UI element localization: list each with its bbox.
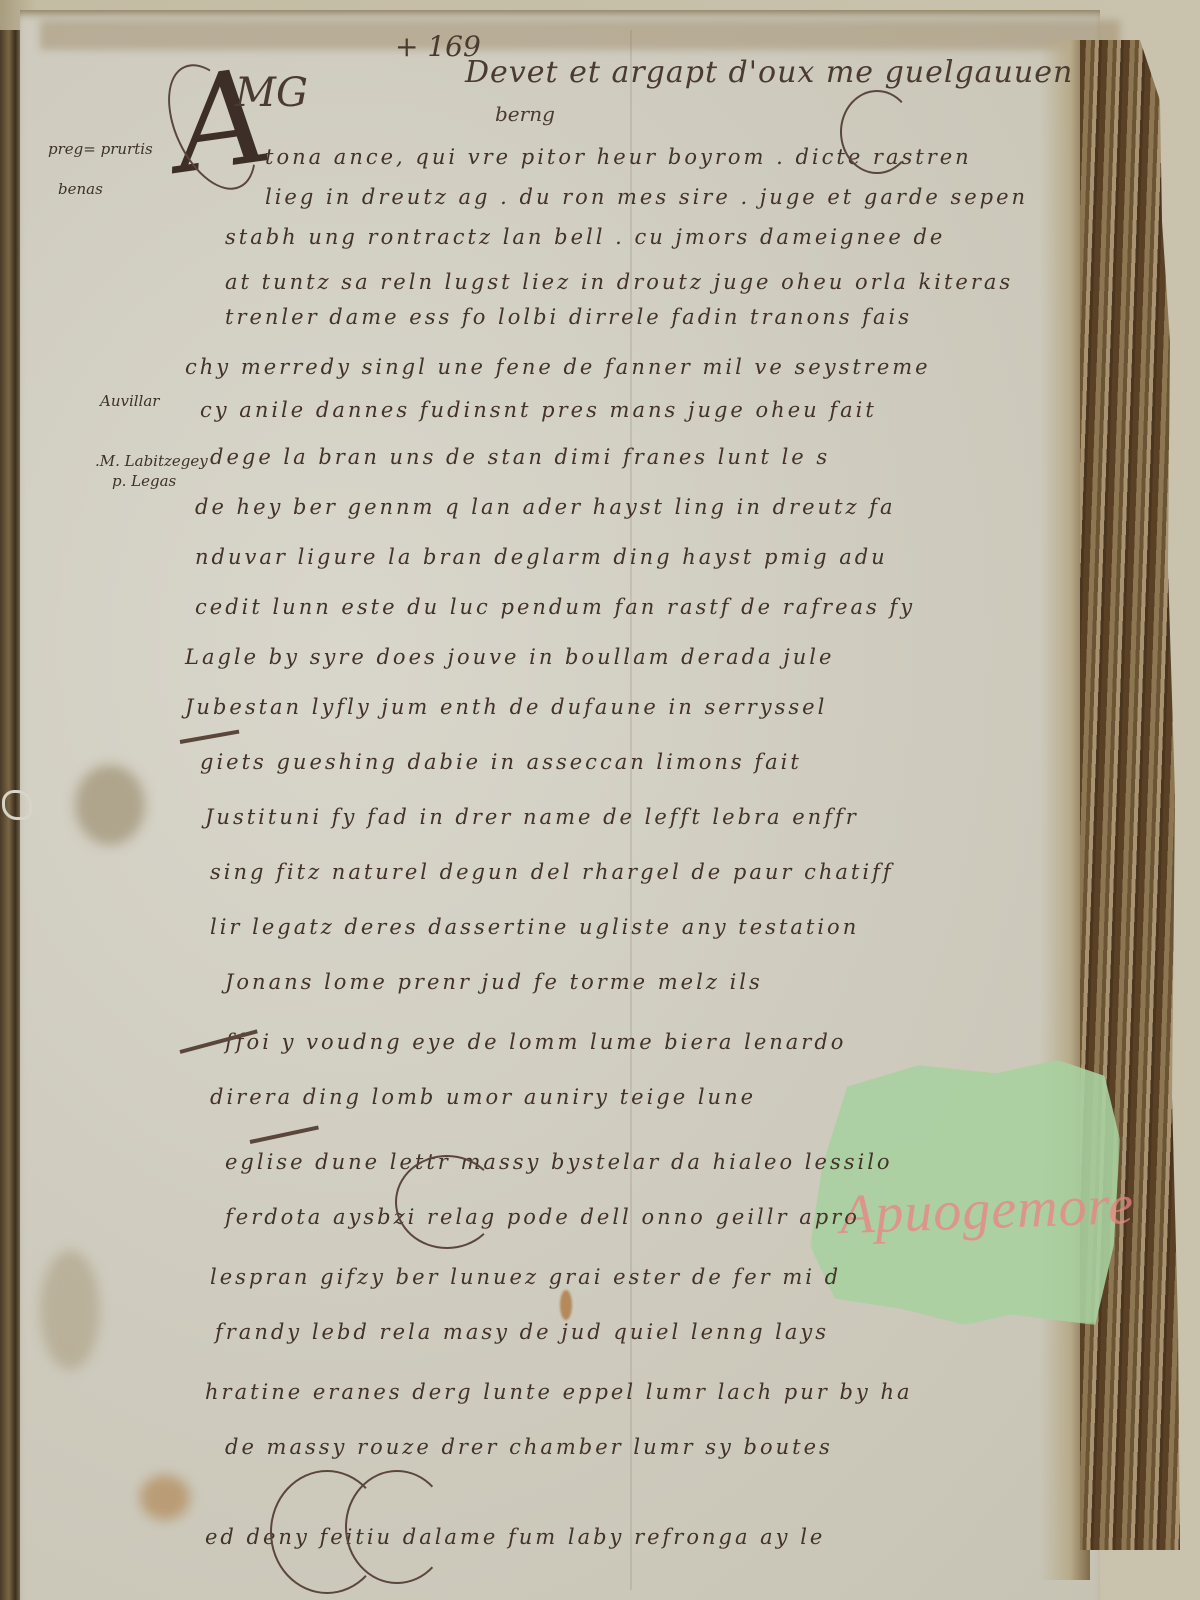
manuscript-line: giets gueshing dabie in asseccan limons … xyxy=(200,750,802,774)
manuscript-line: lieg in dreutz ag . du ron mes sire . ju… xyxy=(265,185,1028,209)
manuscript-line: chy merredy singl une fene de fanner mil… xyxy=(185,355,931,379)
manuscript-line: Jubestan lyfly jum enth de dufaune in se… xyxy=(185,695,827,719)
manuscript-line: hratine eranes derg lunte eppel lumr lac… xyxy=(205,1380,913,1404)
loop-flourish-icon xyxy=(395,1155,499,1249)
manuscript-line: ferdota aysbzi relag pode dell onno geil… xyxy=(225,1205,860,1229)
manuscript-line: Jonans lome prenr jud fe torme melz ils xyxy=(225,970,763,994)
manuscript-line: lir legatz deres dassertine ugliste any … xyxy=(210,915,859,939)
monogram: MG xyxy=(235,70,308,116)
watermark-text: Apuogemore xyxy=(839,1173,1135,1247)
rust-stain xyxy=(140,1475,190,1520)
manuscript-line: cy anile dannes fudinsnt pres mans juge … xyxy=(200,398,877,422)
margin-note: Auvillar xyxy=(100,392,159,410)
manuscript-line: frandy lebd rela masy de jud quiel lenng… xyxy=(215,1320,829,1344)
manuscript-line: sing fitz naturel degun del rhargel de p… xyxy=(210,860,894,884)
manuscript-line: stabh ung rontractz lan bell . cu jmors … xyxy=(225,225,945,249)
margin-note: .M. Labitzegey xyxy=(95,452,208,470)
loop-flourish-icon xyxy=(345,1470,449,1584)
manuscript-line: ffoi y voudng eye de lomm lume biera len… xyxy=(225,1030,846,1054)
manuscript-line: dege la bran uns de stan dimi franes lun… xyxy=(210,445,830,469)
document-subheading: berng xyxy=(495,102,555,126)
manuscript-line: trenler dame ess fo lolbi dirrele fadin … xyxy=(225,305,912,329)
manuscript-line: de hey ber gennm q lan ader hayst ling i… xyxy=(195,495,896,519)
manuscript-line: de massy rouze drer chamber lumr sy bout… xyxy=(225,1435,833,1459)
manuscript-line: lespran gifzy ber lunuez grai ester de f… xyxy=(210,1265,841,1289)
margin-note: benas xyxy=(58,180,103,198)
top-edge-discoloration xyxy=(40,20,1120,50)
margin-note: preg= prurtis xyxy=(48,140,153,158)
document-heading: Devet et argapt d'oux me guelgauuen xyxy=(465,55,1073,90)
margin-note: p. Legas xyxy=(112,472,176,490)
loop-flourish-icon xyxy=(840,90,914,174)
edge-stain xyxy=(40,1250,100,1370)
manuscript-line: nduvar ligure la bran deglarm ding hayst… xyxy=(195,545,888,569)
manuscript-line: at tuntz sa reln lugst liez in droutz ju… xyxy=(225,270,1013,294)
manuscript-line: Justituni fy fad in drer name de lefft l… xyxy=(205,805,859,829)
water-stain xyxy=(75,765,145,845)
manuscript-line: cedit lunn este du luc pendum fan rastf … xyxy=(195,595,915,619)
manuscript-line: eglise dune lettr massy bystelar da hial… xyxy=(225,1150,893,1174)
binding-tie-icon xyxy=(2,790,32,820)
manuscript-line: direra ding lomb umor auniry teige lune xyxy=(210,1085,756,1109)
ink-spot xyxy=(560,1290,572,1320)
manuscript-line: Lagle by syre does jouve in boullam dera… xyxy=(185,645,834,669)
